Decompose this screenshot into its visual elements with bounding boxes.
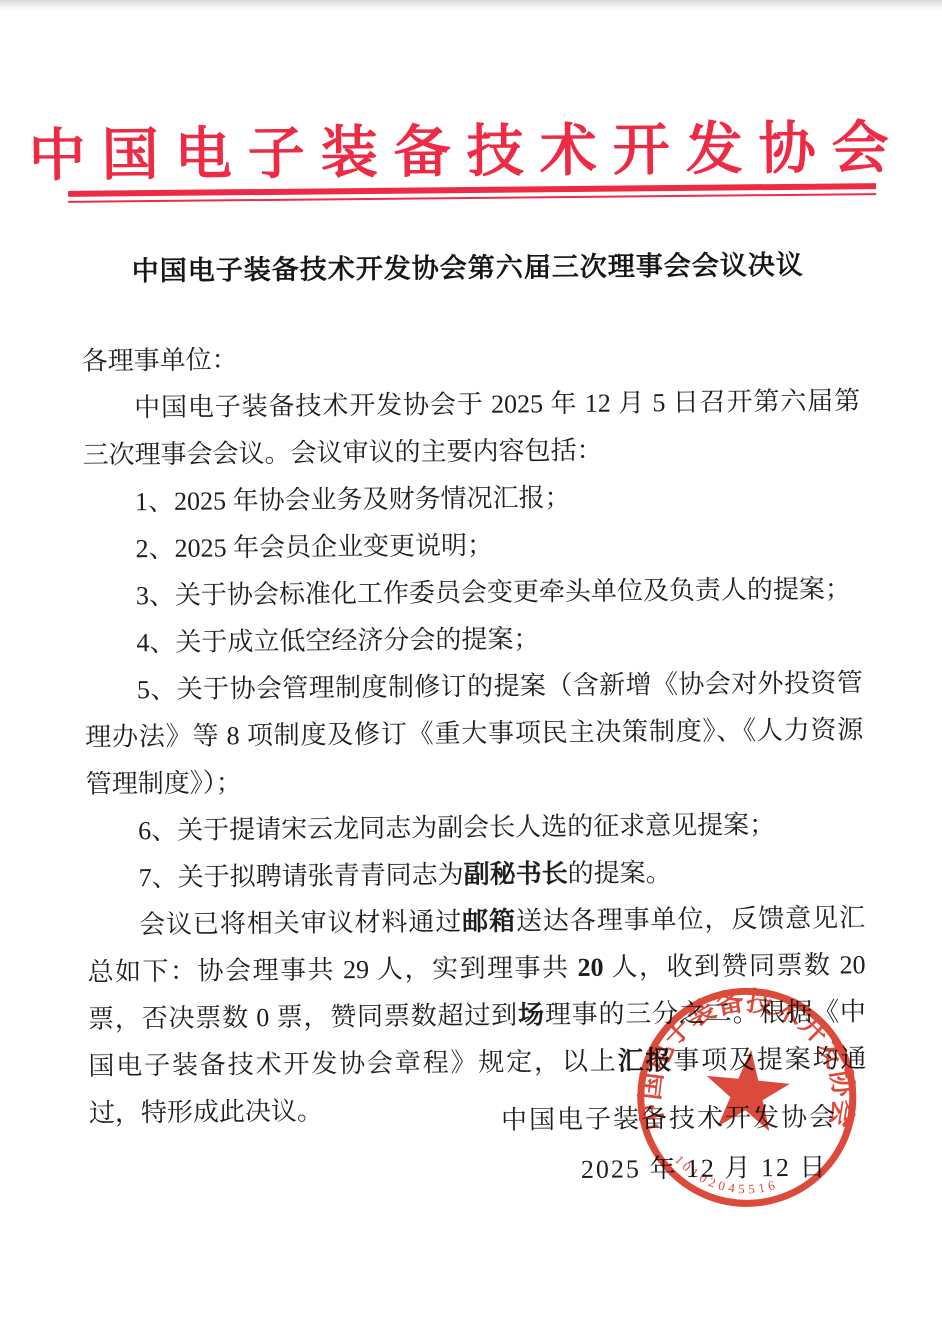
document-title: 中国电子装备技术开发协会第六届三次理事会会议决议: [0, 241, 939, 289]
document-body: 各理事单位： 中国电子装备技术开发协会于 2025 年 12 月 5 日召开第六…: [81, 330, 867, 1136]
agenda-item-7-post: 的提案。: [568, 858, 672, 888]
document-sheet: 中国电子装备技术开发协会 中国电子装备技术开发协会第六届三次理事会会议决议 各理…: [0, 0, 942, 1330]
letterhead-org-name: 中国电子装备技术开发协会: [0, 102, 938, 193]
closing-seg-1: 会议已将相关审议材料通过: [139, 907, 462, 939]
closing-bold-report: 汇报: [617, 1046, 673, 1076]
agenda-item-3: 3、关于协会标准化工作委员会变更牵头单位及负责人的提案；: [84, 565, 862, 619]
agenda-item-7-bold: 副秘书长: [464, 859, 568, 889]
document-page: 中国电子装备技术开发协会 中国电子装备技术开发协会第六届三次理事会会议决议 各理…: [0, 0, 942, 1330]
agenda-item-1: 1、2025 年协会业务及财务情况汇报；: [83, 471, 861, 525]
agenda-item-2: 2、2025 年会员企业变更说明；: [83, 518, 861, 572]
agenda-item-7: 7、关于拟聘请张青青同志为副秘书长的提案。: [86, 847, 864, 901]
agenda-item-4: 4、关于成立低空经济分会的提案；: [84, 612, 862, 666]
intro-paragraph: 中国电子装备技术开发协会于 2025 年 12 月 5 日召开第六届第三次理事会…: [82, 377, 861, 478]
salutation: 各理事单位：: [81, 330, 859, 384]
signature-date: 2025 年 12 月 12 日: [581, 1147, 828, 1186]
agenda-item-7-pre: 7、关于拟聘请张青青同志为: [139, 860, 464, 892]
signature-org: 中国电子装备技术开发协会: [501, 1097, 837, 1137]
agenda-item-5: 5、关于协会管理制度制修订的提案（含新增《协会对外投资管理办法》等 8 项制度及…: [85, 659, 864, 807]
closing-bold-attendee-count: 20: [577, 953, 603, 982]
closing-bold-present: 场: [518, 1000, 545, 1029]
agenda-item-6: 6、关于提请宋云龙同志为副会长人选的征求意见提案；: [86, 800, 864, 854]
closing-bold-mailbox: 邮箱: [462, 907, 516, 937]
